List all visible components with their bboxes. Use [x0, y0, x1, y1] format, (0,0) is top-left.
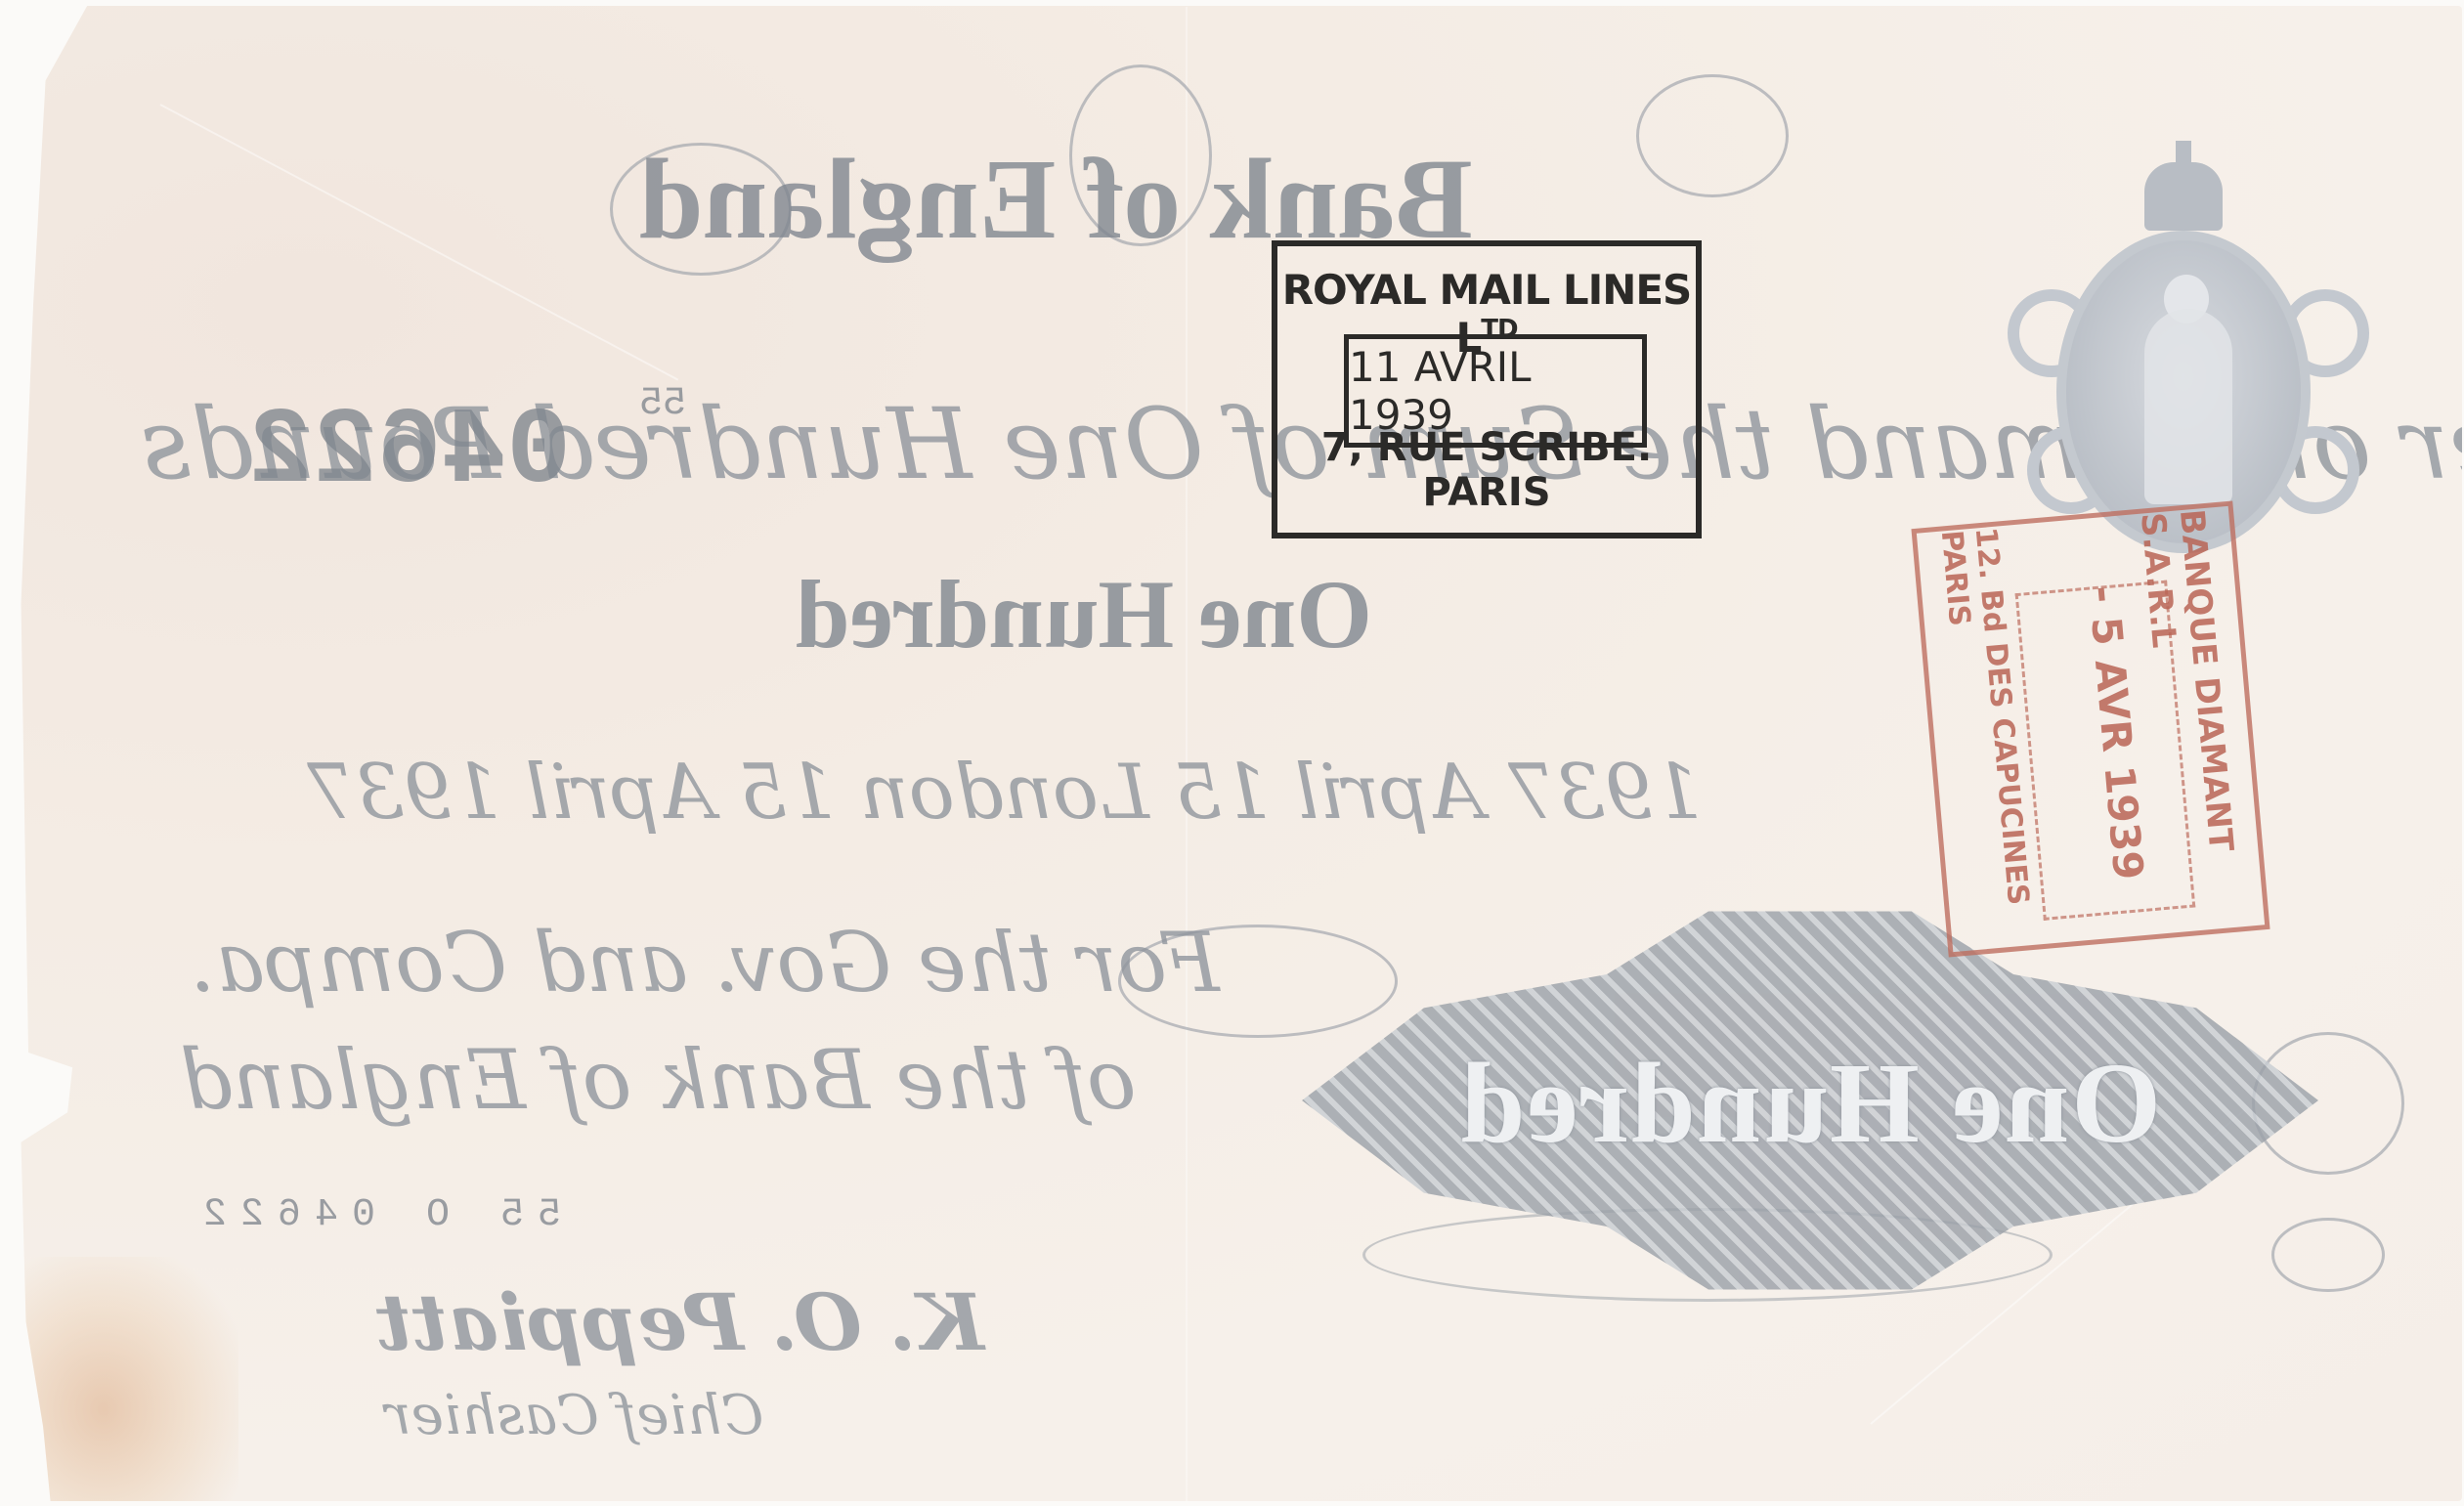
banknote-paper: Bank of England I Promise to pay the Bea… — [14, 6, 2462, 1501]
banque-diamant-stamp: BANQUE DIAMANT S.A.R.L - 5 AVR 1939 12. … — [1911, 500, 2269, 957]
royal-mail-lines-stamp: ROYAL MAIL LINES LTD 11 AVRIL 1939 7, RU… — [1272, 240, 1702, 538]
flourish — [1636, 74, 1789, 197]
cashier-signature: K. O. Peppiatt — [375, 1276, 984, 1368]
red-stamp-address: 12. Bd DES CAPUCINES PARIS — [1934, 526, 2039, 950]
serial-prefix: 55 — [639, 382, 686, 426]
denomination-words: One Hundred — [796, 558, 1372, 670]
date-line: 1937 April 15 London 15 April 1937 — [307, 749, 1702, 837]
of-bank-line: of the Bank of England — [180, 1032, 1137, 1128]
stamp-address: 7, RUE SCRIBE. PARIS — [1277, 425, 1696, 515]
one-hundred-label: One Hundred — [1302, 1037, 2318, 1170]
cashier-title: Chief Cashier — [385, 1384, 763, 1447]
one-hundred-panel: One Hundred — [1302, 890, 2318, 1311]
for-governor-line: For the Gov. and Compa. — [190, 915, 1220, 1011]
foxing-stain — [14, 1257, 238, 1506]
britannia-vignette-icon — [1988, 133, 2379, 543]
paper-crease — [160, 104, 679, 380]
crown-icon — [2144, 162, 2223, 231]
small-serial: 55 O 04622 — [190, 1193, 561, 1237]
serial-number: 04622 — [248, 392, 571, 514]
